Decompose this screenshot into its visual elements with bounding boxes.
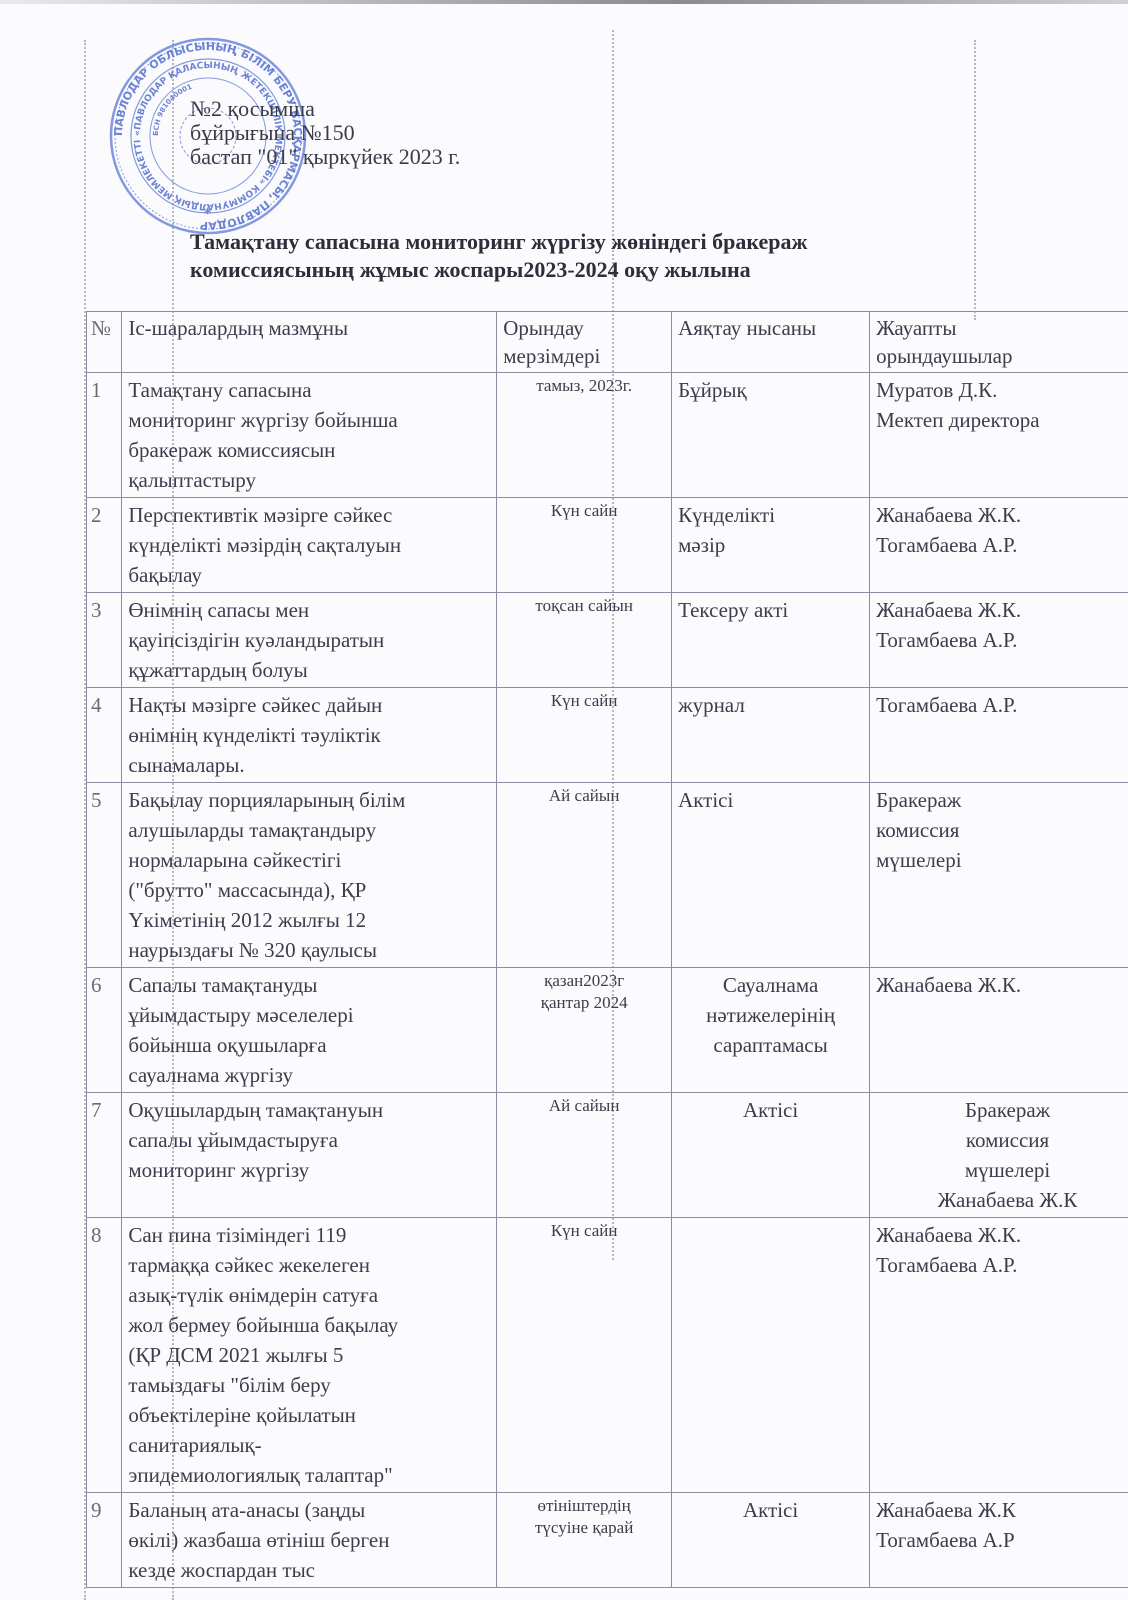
activity-content: Тамақтану сапасына мониторинг жүргізу бо… [122,373,497,498]
appendix-number: №2 қосымша [190,97,460,121]
activity-content: Баланың ата-анасы (заңды өкілі) жазбаша … [122,1493,497,1588]
completion-form: Күнделікті мәзір [672,498,870,593]
table-row: 5Бақылау порцияларының білім алушыларды … [87,783,1128,968]
activity-content: Өнімнің сапасы мен қауіпсіздігін куәланд… [122,593,497,688]
activity-content: Оқушылардың тамақтануын сапалы ұйымдасты… [122,1093,497,1218]
deadline: Күн сайн [497,688,672,783]
completion-form [672,1218,870,1493]
activity-content: Нақты мәзірге сәйкес дайын өнімнің күнде… [122,688,497,783]
deadline: Ай сайын [497,1093,672,1218]
completion-form: Сауалнама нәтижелерінің сараптамасы [672,968,870,1093]
completion-form: Бұйрық [672,373,870,498]
table-row: 9Баланың ата-анасы (заңды өкілі) жазбаша… [87,1493,1128,1588]
table-row: 2Перспективтік мәзірге сәйкес күнделікті… [87,498,1128,593]
row-number: 3 [87,593,122,688]
responsible-persons: Тогамбаева А.Р. [870,688,1128,783]
title-line-2: комиссиясының жұмыс жоспары2023-2024 оқу… [190,256,990,284]
row-number: 7 [87,1093,122,1218]
responsible-persons: Жанабаева Ж.К Тогамбаева А.Р [870,1493,1128,1588]
work-plan-table: № Іс-шаралардың мазмұны Орындау мерзімде… [86,311,1128,1588]
deadline: өтініштердің түсуіне қарай [497,1493,672,1588]
document-title: Тамақтану сапасына мониторинг жүргізу жө… [190,228,990,284]
row-number: 4 [87,688,122,783]
deadline: тамыз, 2023г. [497,373,672,498]
header-deadline: Орындау мерзімдері [497,312,672,373]
table-row: 4Нақты мәзірге сәйкес дайын өнімнің күнд… [87,688,1128,783]
order-number: бұйрығына №150 [190,121,460,145]
page-top-edge [0,0,1128,4]
row-number: 2 [87,498,122,593]
completion-form: Актісі [672,1093,870,1218]
table-row: 1Тамақтану сапасына мониторинг жүргізу б… [87,373,1128,498]
responsible-persons: Муратов Д.К. Мектеп директора [870,373,1128,498]
completion-form: Актісі [672,1493,870,1588]
activity-content: Сапалы тамақтануды ұйымдастыру мәселелер… [122,968,497,1093]
row-number: 6 [87,968,122,1093]
responsible-persons: Бракераж комиссия мүшелері [870,783,1128,968]
deadline: Күн сайн [497,1218,672,1493]
table-row: 3Өнімнің сапасы мен қауіпсіздігін куәлан… [87,593,1128,688]
deadline: тоқсан сайын [497,593,672,688]
title-line-1: Тамақтану сапасына мониторинг жүргізу жө… [190,228,990,256]
activity-content: Перспективтік мәзірге сәйкес күнделікті … [122,498,497,593]
table-header-row: № Іс-шаралардың мазмұны Орындау мерзімде… [87,312,1128,373]
effective-date: бастап "01" қыркүйек 2023 г. [190,145,460,169]
table-row: 7Оқушылардың тамақтануын сапалы ұйымдаст… [87,1093,1128,1218]
row-number: 5 [87,783,122,968]
completion-form: журнал [672,688,870,783]
completion-form: Тексеру акті [672,593,870,688]
header-completion-form: Аяқтау нысаны [672,312,870,373]
responsible-persons: Жанабаева Ж.К. Тогамбаева А.Р. [870,593,1128,688]
table-row: 8Сан пина тізіміндегі 119 тармаққа сәйке… [87,1218,1128,1493]
responsible-persons: Бракераж комиссия мүшелері Жанабаева Ж.К [870,1093,1128,1218]
completion-form: Актісі [672,783,870,968]
row-number: 8 [87,1218,122,1493]
activity-content: Сан пина тізіміндегі 119 тармаққа сәйкес… [122,1218,497,1493]
row-number: 9 [87,1493,122,1588]
activity-content: Бақылау порцияларының білім алушыларды т… [122,783,497,968]
header-content: Іс-шаралардың мазмұны [122,312,497,373]
responsible-persons: Жанабаева Ж.К. Тогамбаева А.Р. [870,1218,1128,1493]
header-number: № [87,312,122,373]
responsible-persons: Жанабаева Ж.К. Тогамбаева А.Р. [870,498,1128,593]
appendix-note: №2 қосымша бұйрығына №150 бастап "01" қы… [190,97,460,169]
table-row: 6Сапалы тамақтануды ұйымдастыру мәселеле… [87,968,1128,1093]
responsible-persons: Жанабаева Ж.К. [870,968,1128,1093]
svg-text:*: * [204,206,212,222]
header-responsible: Жауапты орындаушылар [870,312,1128,373]
deadline: Ай сайын [497,783,672,968]
row-number: 1 [87,373,122,498]
deadline: қазан2023г қантар 2024 [497,968,672,1093]
deadline: Күн сайн [497,498,672,593]
